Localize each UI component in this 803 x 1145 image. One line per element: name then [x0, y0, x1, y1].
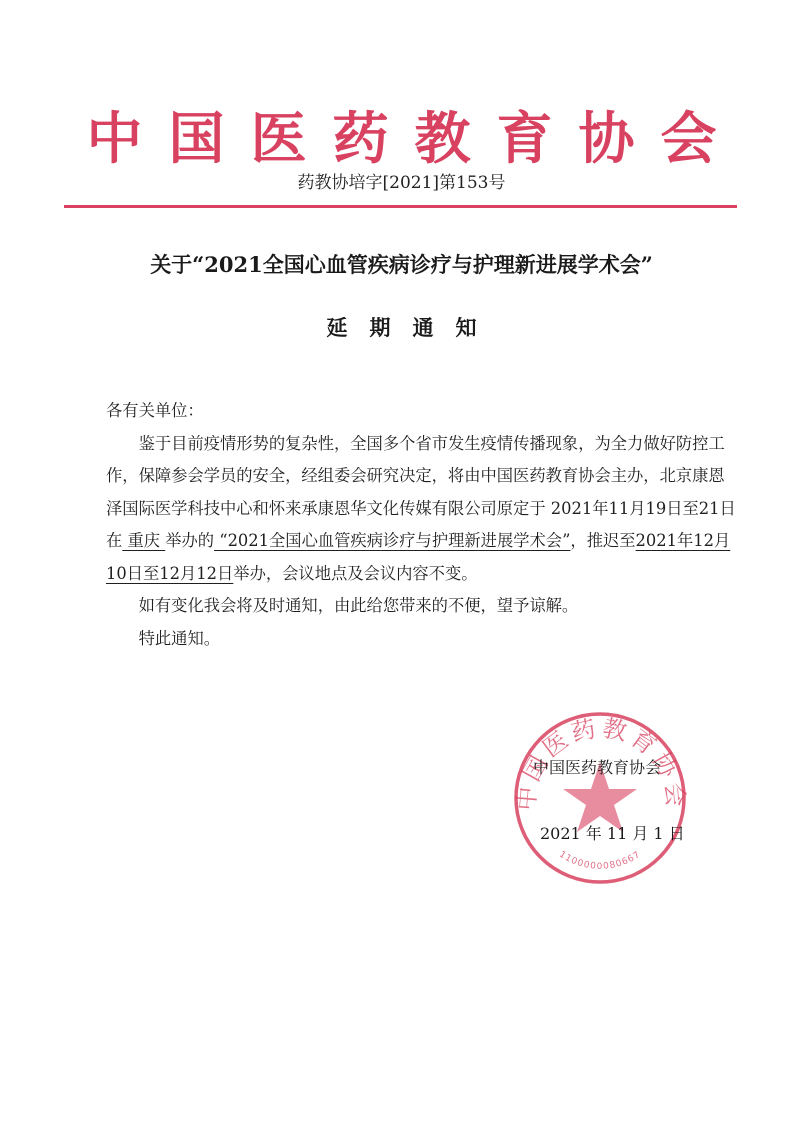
paragraph-main: 鉴于目前疫情形势的复杂性，全国多个省市发生疫情传播现象，为全力做好防控工作，保障…	[106, 428, 736, 591]
para1-text-b: 举办的	[165, 531, 214, 550]
salutation: 各有关单位：	[106, 395, 736, 428]
notice-subject: 关于“2021全国心血管疾病诊疗与护理新进展学术会”	[0, 250, 803, 280]
official-seal: 中国医药教育协会 1100000080667	[512, 710, 688, 886]
paragraph-closing: 特此通知。	[106, 623, 736, 656]
letterhead-divider	[64, 205, 737, 208]
meeting-name: “2021全国心血管疾病诊疗与护理新进展学术会”	[214, 531, 570, 550]
signature-org: 中国医药教育协会	[533, 757, 661, 779]
document-number: 药教协培字[2021]第153号	[0, 172, 803, 194]
paragraph-apology: 如有变化我会将及时通知，由此给您带来的不便，望予谅解。	[106, 590, 736, 623]
meeting-city: 重庆	[122, 531, 165, 550]
svg-text:1100000080667: 1100000080667	[557, 850, 643, 872]
para1-text-c: ，推迟至	[570, 531, 635, 550]
para1-text-d: 举办，会议地点及会议内容不变。	[233, 564, 477, 583]
org-letterhead-title: 中国医药教育协会	[0, 108, 803, 172]
seal-serial: 1100000080667	[557, 850, 643, 872]
signature-date: 2021 年 11 月 1 日	[540, 823, 685, 845]
notice-body: 各有关单位： 鉴于目前疫情形势的复杂性，全国多个省市发生疫情传播现象，为全力做好…	[106, 395, 736, 655]
notice-title: 延期通知	[0, 313, 803, 343]
